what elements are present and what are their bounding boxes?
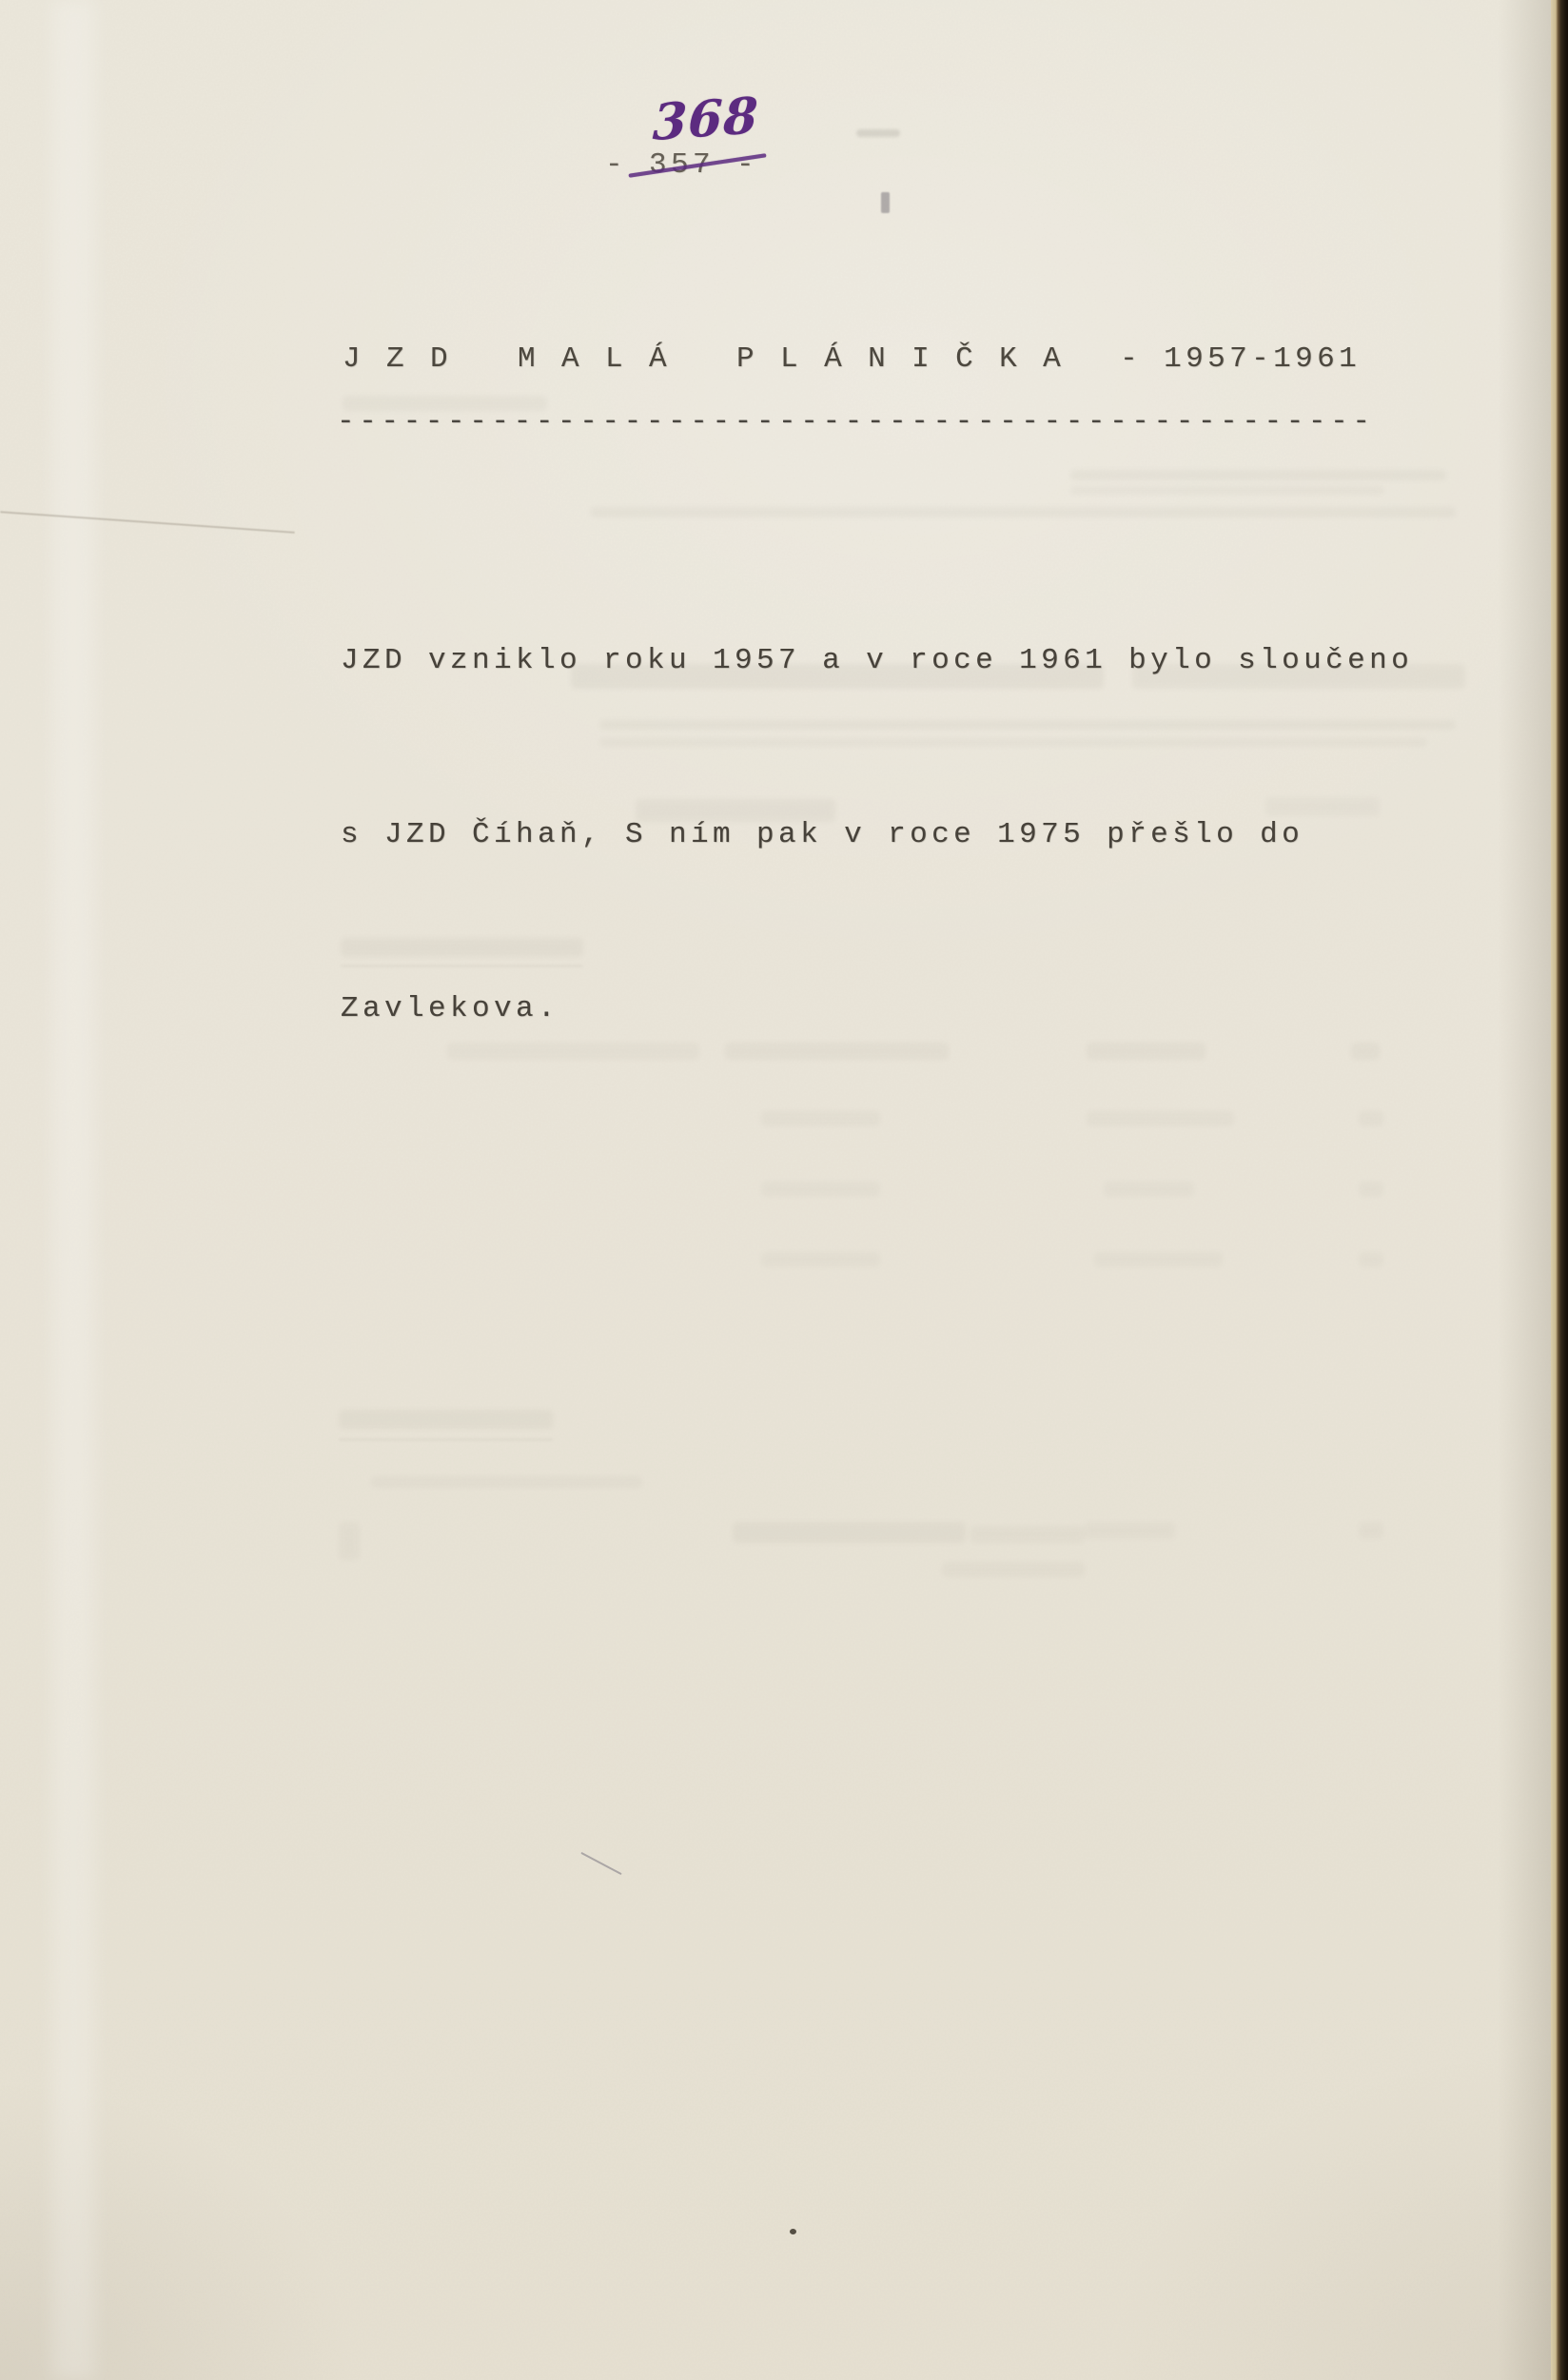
typed-page-number-prefix: -	[605, 148, 649, 182]
pencil-scratch-mark	[580, 1852, 621, 1875]
page-edge	[1551, 0, 1568, 2380]
page-edge-shadow	[1498, 0, 1551, 2380]
ghost-rule	[339, 1438, 553, 1441]
ink-smear	[856, 129, 900, 137]
ghost-smudge	[1070, 486, 1384, 495]
ink-smear-small	[881, 192, 890, 213]
page-title-years: - 1957-1961	[1120, 342, 1361, 376]
ghost-smudge	[339, 1410, 553, 1429]
ghost-smudge	[942, 1562, 1085, 1577]
ghost-smudge	[339, 1522, 360, 1560]
ghost-smudge	[1070, 470, 1446, 480]
typed-page-number-suffix: -	[715, 148, 758, 182]
paragraph-line: JZD vzniklo roku 1957 a v roce 1961 bylo…	[341, 632, 1413, 690]
ghost-smudge	[1359, 1181, 1383, 1197]
ghost-smudge	[761, 1252, 880, 1267]
ghost-smudge	[1359, 1522, 1383, 1539]
handwritten-page-number: 368	[652, 91, 759, 148]
ghost-smudge	[1359, 1252, 1383, 1267]
intro-paragraph: JZD vzniklo roku 1957 a v roce 1961 bylo…	[341, 516, 1413, 1154]
ghost-smudge	[761, 1181, 880, 1197]
ghost-smudge	[371, 1476, 642, 1488]
ghost-smudge	[1104, 1181, 1194, 1197]
document-page: 368 - 357 - J Z D M A L Á P L Á N I Č K …	[0, 0, 1568, 2380]
page-title-name: J Z D M A L Á P L Á N I Č K A	[343, 342, 1065, 376]
ghost-smudge	[733, 1522, 966, 1543]
ink-speck	[790, 2229, 796, 2234]
paragraph-line: Zavlekova.	[341, 980, 1413, 1038]
paragraph-line: s JZD Číhaň, S ním pak v roce 1975 přešl…	[341, 806, 1413, 864]
ghost-smudge	[1094, 1252, 1223, 1267]
page-title: J Z D M A L Á P L Á N I Č K A- 1957-1961	[343, 342, 1361, 376]
title-underline: ----------------------------------------…	[337, 405, 1375, 439]
ghost-smudge	[970, 1526, 1085, 1543]
ghost-smudge	[1085, 1522, 1175, 1539]
paper-sheen	[52, 0, 95, 2380]
crease-line	[0, 511, 294, 533]
